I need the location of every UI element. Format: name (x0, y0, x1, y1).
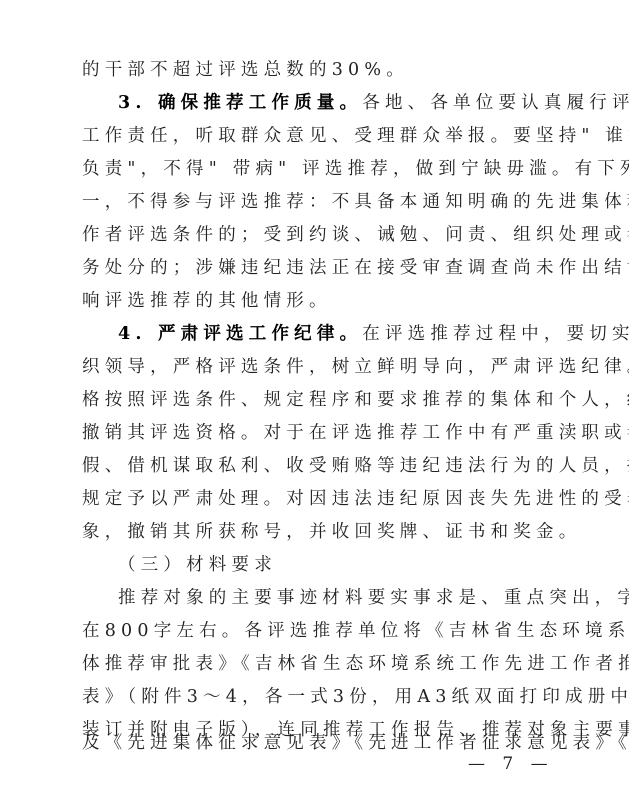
text-line-19: 体推荐审批表》《吉林省生态环境系统工作先进工作者推荐审批 (82, 648, 552, 681)
text-line-8: 响评选推荐的其他情形。 (82, 285, 552, 318)
text-line-14: 规定予以严肃处理。对因违法违纪原因丧失先进性的受表彰对 (82, 483, 552, 516)
section-4-title: 4. 严肃评选工作纪律。 (118, 324, 362, 344)
text-line-3: 工作责任，听取群众意见、受理群众举报。要坚持" 谁推荐、谁 (82, 120, 552, 153)
document-page: 的干部不超过评选总数的30%。 3. 确保推荐工作质量。各地、各单位要认真履行评… (0, 0, 629, 803)
text-line-11: 格按照评选条件、规定程序和要求推荐的集体和个人，经查实后 (82, 384, 552, 417)
text-line-18: 在800字左右。各评选推荐单位将《吉林省生态环境系统先进集 (82, 615, 552, 648)
text-line-4: 负责"，不得" 带病" 评选推荐，做到宁缺毋滥。有下列情况之 (82, 153, 552, 186)
text-line-15: 象，撤销其所获称号，并收回奖牌、证书和奖金。 (82, 516, 552, 549)
text-line-1: 的干部不超过评选总数的30%。 (82, 54, 552, 87)
section-4-heading-line: 4. 严肃评选工作纪律。在评选推荐过程中，要切实加强组 (118, 318, 552, 351)
text-line-7: 务处分的；涉嫌违纪违法正在接受审查调查尚未作出结论的；影 (82, 252, 552, 285)
text-line-6: 作者评选条件的；受到约谈、诫勉、问责、组织处理或者党纪政 (82, 219, 552, 252)
section-3-text: 各地、各单位要认真履行评选推荐 (362, 93, 629, 113)
text-line-13: 假、借机谋取私利、收受贿赂等违纪违法行为的人员，按照有关 (82, 450, 552, 483)
section-4-text: 在评选推荐过程中，要切实加强组 (362, 324, 629, 344)
text-line-17: 推荐对象的主要事迹材料要实事求是、重点突出，字数控制 (118, 582, 552, 615)
text-line-5: 一，不得参与评选推荐：不具备本通知明确的先进集体和先进工 (82, 186, 552, 219)
text-line-20: 表》（附件3～4，各一式3份，用A3纸双面打印成册中间骑缝 (82, 681, 552, 714)
subsection-heading-materials: （三）材料要求 (118, 549, 552, 582)
text-line-10: 织领导，严格评选条件，树立鲜明导向，严肃评选纪律。对未严 (82, 351, 552, 384)
page-number: — 7 — (468, 754, 554, 774)
section-3-heading-line: 3. 确保推荐工作质量。各地、各单位要认真履行评选推荐 (118, 87, 552, 120)
section-3-title: 3. 确保推荐工作质量。 (118, 93, 362, 113)
text-line-12: 撤销其评选资格。对于在评选推荐工作中有严重渎职或者弄虚作 (82, 417, 552, 450)
